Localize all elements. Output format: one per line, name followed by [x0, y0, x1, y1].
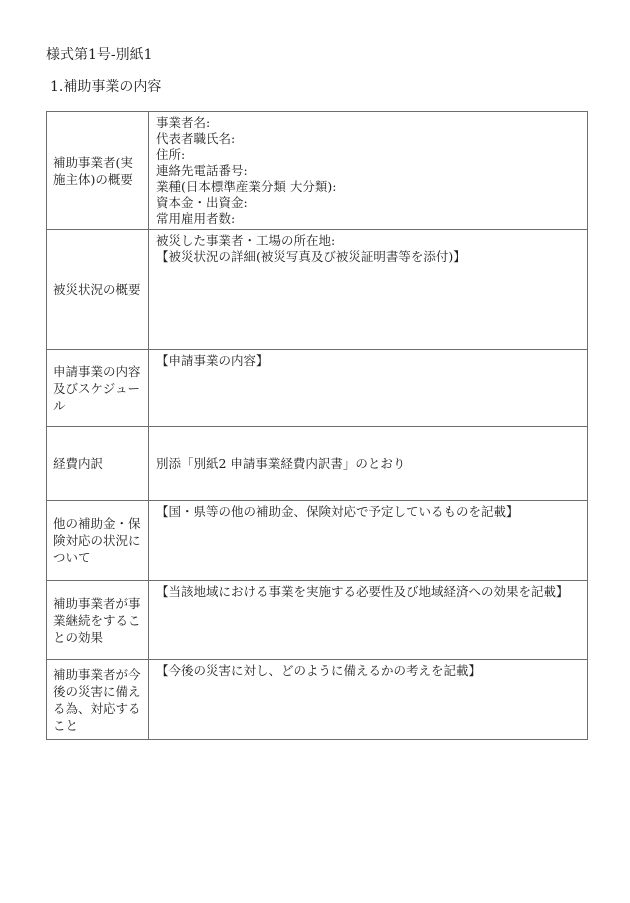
row-label-line: 経費内訳 — [53, 455, 143, 472]
row-label-line: ついて — [53, 549, 143, 566]
row-label-line: 施主体)の概要 — [53, 171, 143, 188]
row-label-cell: 補助事業者が事 業継続をするこ との効果 — [47, 581, 149, 660]
table-row-continuation-effect: 補助事業者が事 業継続をするこ との効果 【当該地域における事業を実施する必要性… — [47, 581, 588, 660]
content-line: 代表者職氏名: — [156, 131, 581, 147]
row-label-line: る為、対応する — [53, 700, 143, 717]
content-line: 常用雇用者数: — [156, 211, 581, 227]
row-label-line: 他の補助金・保 — [53, 515, 143, 532]
row-label-cell: 被災状況の概要 — [47, 230, 149, 350]
table-row-damage-overview: 被災状況の概要 被災した事業者・工場の所在地: 【被災状況の詳細(被災写真及び被… — [47, 230, 588, 350]
content-line: 【申請事業の内容】 — [156, 353, 581, 369]
row-label-line: 補助事業者が今 — [53, 666, 143, 683]
section-title: 1.補助事業の内容 — [50, 79, 161, 95]
content-line: 【今後の災害に対し、どのように備えるかの考えを記載】 — [156, 663, 581, 679]
row-content-cell: 事業者名: 代表者職氏名: 住所: 連絡先電話番号: 業種(日本標準産業分類 大… — [149, 112, 588, 230]
row-label-line: 補助事業者が事 — [53, 595, 143, 612]
table-row-expense-breakdown: 経費内訳 別添「別紙2 申請事業経費内訳書」のとおり — [47, 427, 588, 501]
content-line: 別添「別紙2 申請事業経費内訳書」のとおり — [156, 456, 581, 472]
document-page: 様式第1号-別紙1 1.補助事業の内容 補助事業者(実 施主体)の概要 事業者名… — [0, 0, 630, 903]
row-label-line: との効果 — [53, 629, 143, 646]
content-line: 業種(日本標準産業分類 大分類): — [156, 179, 581, 195]
table-row-business-overview: 補助事業者(実 施主体)の概要 事業者名: 代表者職氏名: 住所: 連絡先電話番… — [47, 112, 588, 230]
content-line: 事業者名: — [156, 115, 581, 131]
row-content-cell: 【国・県等の他の補助金、保険対応で予定しているものを記載】 — [149, 501, 588, 581]
row-label-line: 及びスケジュー — [53, 380, 143, 397]
content-line: 【国・県等の他の補助金、保険対応で予定しているものを記載】 — [156, 504, 581, 520]
row-label-line: 被災状況の概要 — [53, 281, 143, 298]
row-content-cell: 【当該地域における事業を実施する必要性及び地域経済への効果を記載】 — [149, 581, 588, 660]
row-label-line: ル — [53, 397, 143, 414]
row-content-cell: 別添「別紙2 申請事業経費内訳書」のとおり — [149, 427, 588, 501]
content-line: 住所: — [156, 147, 581, 163]
row-label-line: 申請事業の内容 — [53, 363, 143, 380]
content-line: 資本金・出資金: — [156, 195, 581, 211]
table-row-other-subsidies: 他の補助金・保 険対応の状況に ついて 【国・県等の他の補助金、保険対応で予定し… — [47, 501, 588, 581]
row-label-line: 業継続をするこ — [53, 612, 143, 629]
content-line: 【当該地域における事業を実施する必要性及び地域経済への効果を記載】 — [156, 584, 581, 600]
content-line: 連絡先電話番号: — [156, 163, 581, 179]
row-content-cell: 【申請事業の内容】 — [149, 350, 588, 427]
content-line: 被災した事業者・工場の所在地: — [156, 233, 581, 249]
row-label-cell: 経費内訳 — [47, 427, 149, 501]
form-number-label: 様式第1号-別紙1 — [46, 47, 153, 63]
subsidy-form-table: 補助事業者(実 施主体)の概要 事業者名: 代表者職氏名: 住所: 連絡先電話番… — [46, 111, 588, 740]
row-label-cell: 補助事業者(実 施主体)の概要 — [47, 112, 149, 230]
row-label-cell: 他の補助金・保 険対応の状況に ついて — [47, 501, 149, 581]
row-label-cell: 申請事業の内容 及びスケジュー ル — [47, 350, 149, 427]
row-label-line: 補助事業者(実 — [53, 154, 143, 171]
table-row-project-schedule: 申請事業の内容 及びスケジュー ル 【申請事業の内容】 — [47, 350, 588, 427]
row-content-cell: 【今後の災害に対し、どのように備えるかの考えを記載】 — [149, 660, 588, 740]
table-row-future-disaster-preparation: 補助事業者が今 後の災害に備え る為、対応する こと 【今後の災害に対し、どのよ… — [47, 660, 588, 740]
row-label-line: 後の災害に備え — [53, 683, 143, 700]
row-label-line: こと — [53, 717, 143, 734]
content-line: 【被災状況の詳細(被災写真及び被災証明書等を添付)】 — [156, 249, 581, 265]
row-content-cell: 被災した事業者・工場の所在地: 【被災状況の詳細(被災写真及び被災証明書等を添付… — [149, 230, 588, 350]
row-label-cell: 補助事業者が今 後の災害に備え る為、対応する こと — [47, 660, 149, 740]
row-label-line: 険対応の状況に — [53, 532, 143, 549]
